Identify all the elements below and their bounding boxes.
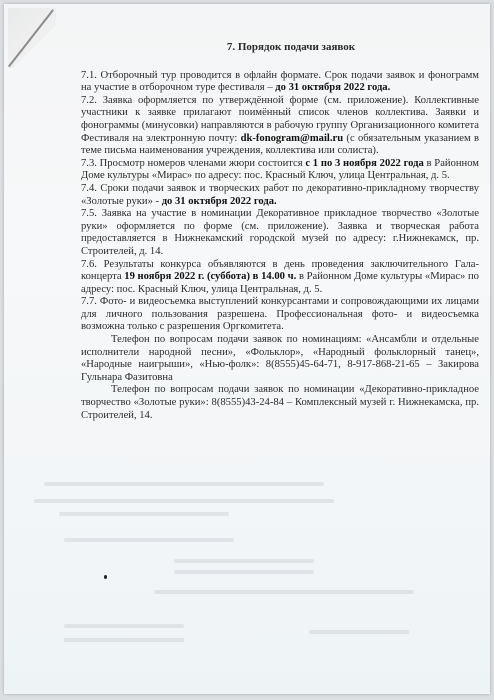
document-body: 7. Порядок подачи заявок 7.1. Отборочный…: [81, 41, 479, 422]
contact-golden-hands: Телефон по вопросам подачи заявок по ном…: [81, 384, 479, 422]
show-through-line: [59, 512, 229, 516]
show-through-line: [64, 624, 184, 628]
section-title: 7. Порядок подачи заявок: [81, 41, 479, 54]
ink-speck: [104, 575, 107, 579]
show-through-line: [44, 482, 324, 486]
show-through-line: [174, 559, 314, 563]
show-through-line: [154, 590, 414, 594]
paragraph-7-3: 7.3. Просмотр номеров членами жюри состо…: [81, 158, 479, 183]
paragraph-7-4: 7.4. Сроки подачи заявок и творческих ра…: [81, 183, 479, 208]
document-page: 7. Порядок подачи заявок 7.1. Отборочный…: [4, 4, 490, 694]
paragraph-7-2: 7.2. Заявка оформляется по утверждённой …: [81, 95, 479, 158]
show-through-line: [64, 638, 184, 642]
show-through-line: [34, 499, 334, 503]
show-through-line: [64, 538, 234, 542]
paragraph-7-5: 7.5. Заявка на участие в номинации Декор…: [81, 208, 479, 258]
show-through-line: [174, 570, 314, 574]
show-through-line: [309, 630, 409, 634]
paragraph-7-6: 7.6. Результаты конкурса объявляются в д…: [81, 259, 479, 297]
paragraph-7-1: 7.1. Отборочный тур проводится в офлайн …: [81, 70, 479, 95]
email-address: dk-fonogram@mail.ru: [241, 133, 344, 144]
contact-folk-nominations: Телефон по вопросам подачи заявок по ном…: [81, 334, 479, 384]
paragraph-7-7: 7.7. Фото- и видеосъемка выступлений кон…: [81, 296, 479, 334]
